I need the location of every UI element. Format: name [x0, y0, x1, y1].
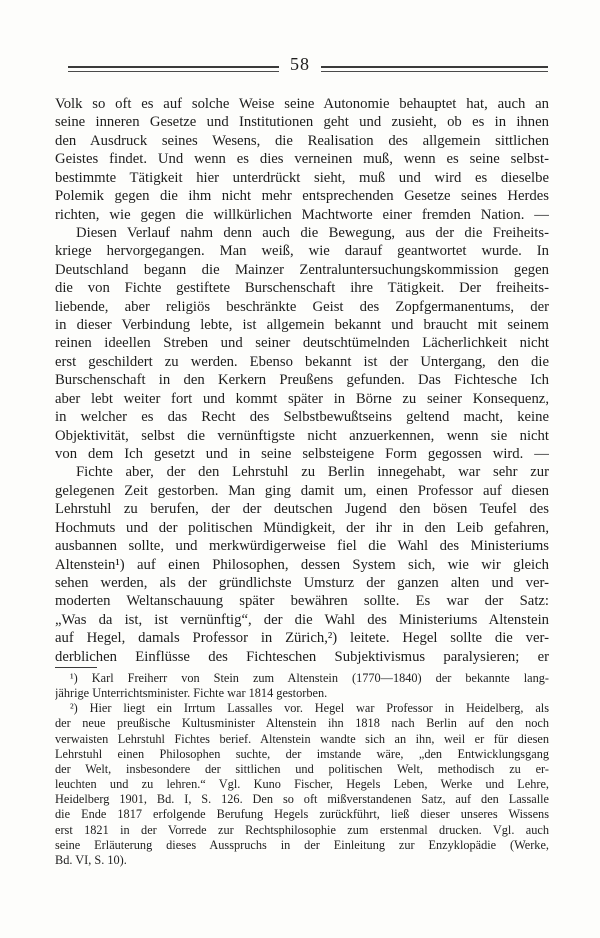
text-line: Heidelberg 1901, Bd. I, S. 126. Den so o…	[55, 792, 549, 807]
text-line: derblichen Einflüsse des Fichteschen Sub…	[55, 648, 549, 666]
text-line: der neue preußische Kultusminister Alten…	[55, 716, 549, 731]
text-line: seine Erläuterung dieses Ausspruchs in d…	[55, 838, 549, 853]
text-line: in welcher es das Recht des Selbstbewußt…	[55, 408, 549, 426]
body-text: Volk so oft es auf solche Weise seine Au…	[55, 95, 549, 666]
text-line: Bd. VI, S. 10).	[55, 853, 549, 868]
text-line: Objektivität, selbst die vernünftigste n…	[55, 427, 549, 445]
text-line: Diesen Verlauf nahm denn auch die Bewegu…	[55, 224, 549, 242]
text-line: gelegenen Zeit gestorben. Man ging damit…	[55, 482, 549, 500]
text-line: Lehrstuhl einen Philosophen suchte, der …	[55, 747, 549, 762]
text-line: reinen ideellen Streben und seiner deuts…	[55, 334, 549, 352]
footnotes: ¹) Karl Freiherr von Stein zum Altenstei…	[55, 671, 549, 868]
footnote-separator	[55, 667, 97, 668]
text-line: auf Hegel, damals Professor in Zürich,²)…	[55, 629, 549, 647]
text-line: ²) Hier liegt ein Irrtum Lassalles vor. …	[55, 701, 549, 716]
text-line: den Ausdruck seines Wesens, die Realisat…	[55, 132, 549, 150]
text-line: Lehrstuhl zu berufen, der der deutschen …	[55, 500, 549, 518]
text-line: verwaisten Lehrstuhl Fichtes berief. Alt…	[55, 732, 549, 747]
text-line: aber lebt weiter fort und kommt später i…	[55, 390, 549, 408]
text-line: Hochmuts und der politischen Mündigkeit,…	[55, 519, 549, 537]
text-line: Burschenschaft in den Kerkern Preußens g…	[55, 371, 549, 389]
text-line: „Was da ist, ist vernünftig“, der die Wa…	[55, 611, 549, 629]
text-line: die Ende 1817 erfolgende Berufung Hegels…	[55, 807, 549, 822]
text-line: richten, wie gegen die willkürlichen Mac…	[55, 206, 549, 224]
text-line: Deutschland begann die Mainzer Zentralun…	[55, 261, 549, 279]
scanned-book-page: 58 Volk so oft es auf solche Weise seine…	[0, 0, 600, 938]
text-line: ausbannen sollte, und merkwürdigerweise …	[55, 537, 549, 555]
text-line: sehen werden, als der gründlichste Umstu…	[55, 574, 549, 592]
text-line: Polemik gegen die ihm nicht mehr entspre…	[55, 187, 549, 205]
text-line: der Welt, insbesondere der sittlichen un…	[55, 762, 549, 777]
text-line: von dem Ich gesetzt und in seine selbste…	[55, 445, 549, 463]
text-line: kriege hervorgegangen. Man weiß, wie dar…	[55, 242, 549, 260]
text-line: bestimmte Tätigkeit hier unterdrückt sie…	[55, 169, 549, 187]
text-line: moderten Weltanschauung später bewähren …	[55, 592, 549, 610]
text-line: ¹) Karl Freiherr von Stein zum Altenstei…	[55, 671, 549, 686]
text-line: Fichte aber, der den Lehrstuhl zu Berlin…	[55, 463, 549, 481]
text-line: Volk so oft es auf solche Weise seine Au…	[55, 95, 549, 113]
header-rule-right	[321, 66, 548, 72]
text-line: liebende, aber religiös beschränkte Geis…	[55, 298, 549, 316]
text-line: erst 1821 in der Vorrede zur Rechtsphilo…	[55, 823, 549, 838]
text-line: in dieser Verbindung lebte, ist allgemei…	[55, 316, 549, 334]
text-line: Geistes findet. Und wenn es dies vernein…	[55, 150, 549, 168]
text-line: seine inneren Gesetze und Institutionen …	[55, 113, 549, 131]
text-line: Altenstein¹) auf einen Philosophen, dess…	[55, 556, 549, 574]
text-line: die von Fichte gestiftete Burschenschaft…	[55, 279, 549, 297]
text-line: leuchten und zu lehren.“ Vgl. Kuno Fisch…	[55, 777, 549, 792]
text-line: jährige Unterrichtsminister. Fichte war …	[55, 686, 549, 701]
text-line: erst geschildert zu werden. Ebenso bekan…	[55, 353, 549, 371]
